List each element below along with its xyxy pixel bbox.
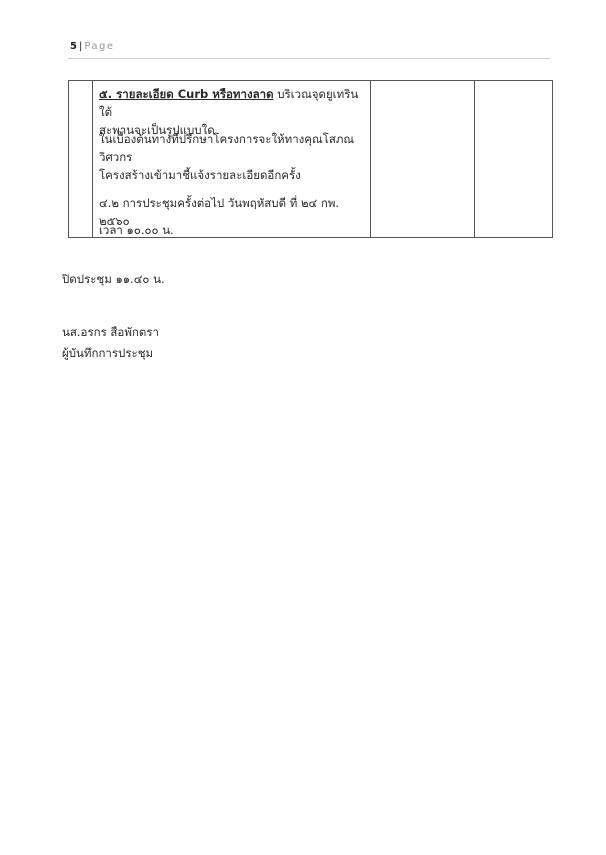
next-meeting-time: เวลา ๑๐.๐๐ น.	[99, 221, 369, 239]
page-label: Page	[84, 41, 114, 52]
header-divider	[68, 58, 550, 59]
minutes-table: ๕. รายละเอียด Curb หรือทางลาด บริเวณจุดย…	[68, 80, 553, 238]
meeting-closed: ปิดประชุม ๑๑.๔๐ น.	[62, 271, 165, 289]
response-line-1: ในเบื้องต้นทางที่ปรึกษาโครงการจะให้ทางคุ…	[99, 132, 354, 164]
column-divider	[474, 81, 475, 237]
response-line-2: โครงสร้างเข้ามาชี้แจ้งรายละเอียดอีกครั้ง	[99, 168, 301, 182]
recorder-title: ผู้บันทึกการประชุม	[62, 345, 153, 363]
page-separator: |	[79, 41, 82, 52]
column-divider	[92, 81, 93, 237]
item-heading: ๕. รายละเอียด Curb หรือทางลาด	[99, 87, 274, 101]
recorder-name: นส.อรกร สือพักตรา	[62, 324, 159, 342]
page-header: 5|Page	[70, 41, 115, 52]
item-response: ในเบื้องต้นทางที่ปรึกษาโครงการจะให้ทางคุ…	[99, 130, 369, 184]
column-divider	[370, 81, 371, 237]
page-number: 5	[70, 41, 77, 52]
